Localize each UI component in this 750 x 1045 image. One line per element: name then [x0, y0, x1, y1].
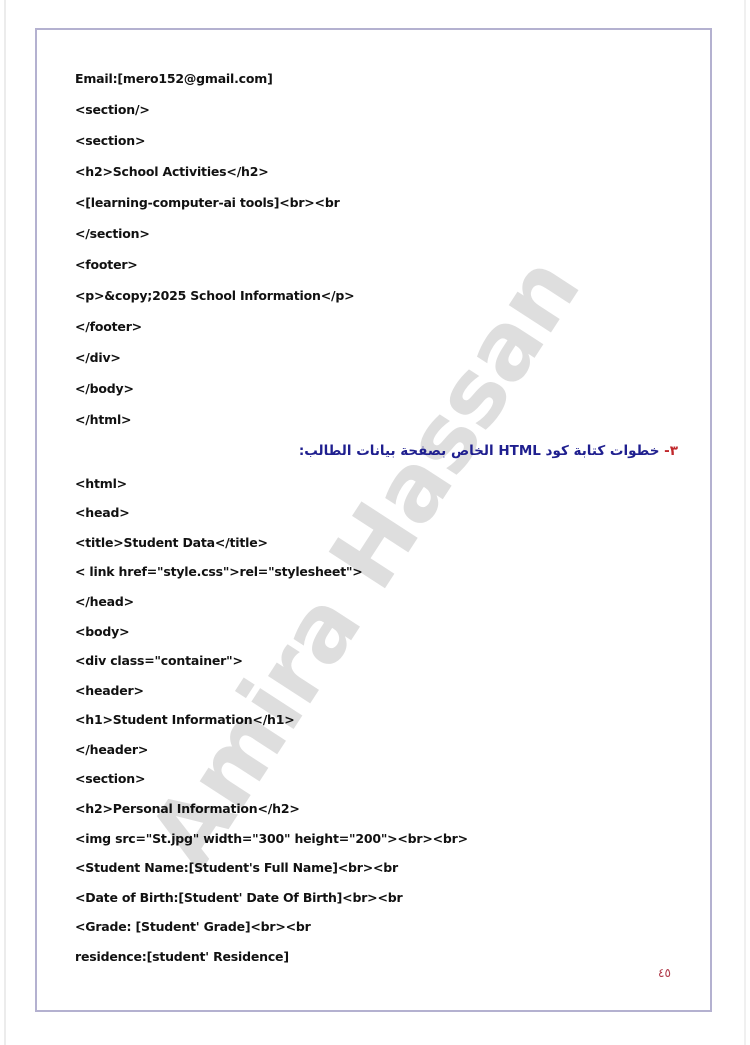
code-line: <title>Student Data</title> — [75, 535, 268, 550]
code-line: </section> — [75, 226, 150, 241]
page-edge-right — [744, 0, 746, 1045]
code-line: <p>&copy;2025 School Information</p> — [75, 288, 354, 303]
code-line: residence:[student' Residence] — [75, 949, 289, 964]
code-line: </footer> — [75, 319, 142, 334]
code-line: <section> — [75, 133, 145, 148]
code-line: < link href="style.css">rel="stylesheet"… — [75, 564, 363, 579]
heading-number: ٣- — [664, 443, 678, 459]
code-line: <Student Name:[Student's Full Name]<br><… — [75, 860, 398, 875]
code-line: </div> — [75, 350, 121, 365]
code-line: <Date of Birth:[Student' Date Of Birth]<… — [75, 890, 402, 905]
code-line: <h2>Personal Information</h2> — [75, 801, 300, 816]
code-line: <[learning-computer-ai tools]<br><br — [75, 195, 340, 210]
code-line: <Grade: [Student' Grade]<br><br — [75, 919, 311, 934]
section-heading: ٣- خطوات كتابة كود HTML الخاص بصفحة بيان… — [299, 443, 678, 459]
code-line: <body> — [75, 624, 129, 639]
code-line: Email:[mero152@gmail.com] — [75, 71, 273, 86]
page-number: ٤٥ — [658, 966, 671, 980]
code-line: </head> — [75, 594, 134, 609]
code-line: <section/> — [75, 102, 150, 117]
code-line: <h2>School Activities</h2> — [75, 164, 269, 179]
code-line: </html> — [75, 412, 131, 427]
code-line: <head> — [75, 505, 130, 520]
code-line: <h1>Student Information</h1> — [75, 712, 295, 727]
heading-text: خطوات كتابة كود HTML الخاص بصفحة بيانات … — [299, 443, 660, 459]
code-line: </body> — [75, 381, 134, 396]
code-line: <div class="container"> — [75, 653, 243, 668]
code-line: <html> — [75, 476, 127, 491]
page-edge-left — [4, 0, 6, 1045]
code-line: <footer> — [75, 257, 138, 272]
code-line: <header> — [75, 683, 144, 698]
code-line: <section> — [75, 771, 145, 786]
code-line: <img src="St.jpg" width="300" height="20… — [75, 831, 468, 846]
code-line: </header> — [75, 742, 148, 757]
